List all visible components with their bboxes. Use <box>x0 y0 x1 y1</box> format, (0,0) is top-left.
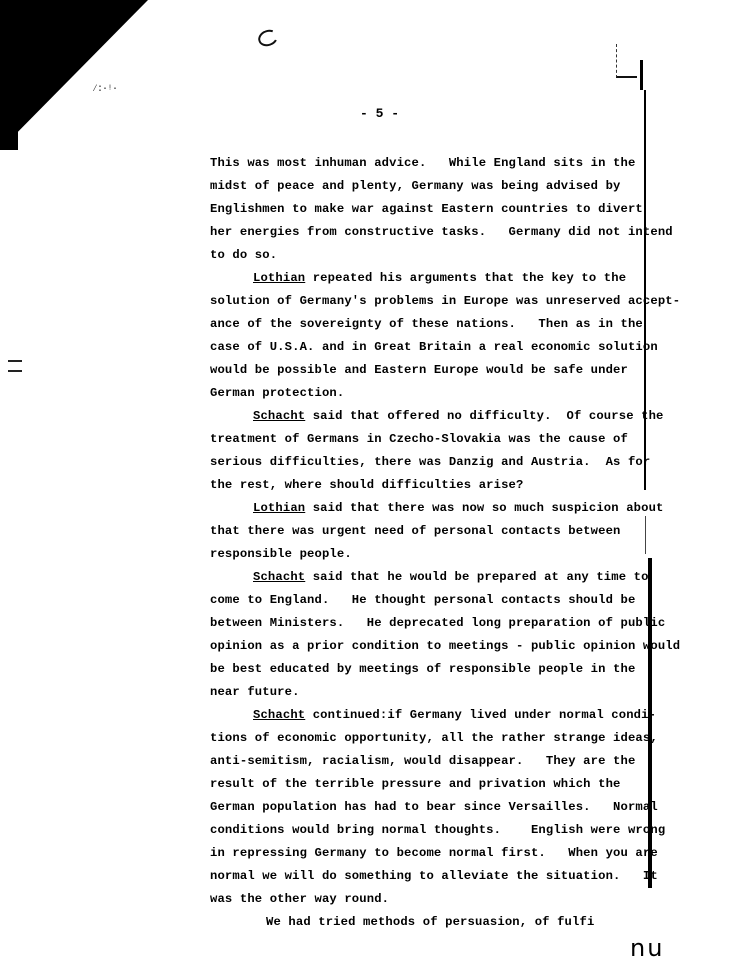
speaker-name: Schacht <box>253 570 305 584</box>
text-span: said that he would be prepared at any ti… <box>305 570 648 584</box>
text-line: normal we will do something to alleviate… <box>210 865 650 888</box>
text-line: her energies from constructive tasks. Ge… <box>210 221 650 244</box>
speaker-name: Schacht <box>253 708 305 722</box>
text-line: Englishmen to make war against Eastern c… <box>210 198 650 221</box>
text-line: German protection. <box>210 382 650 405</box>
text-line: German population has had to bear since … <box>210 796 650 819</box>
speaker-name: Lothian <box>253 501 305 515</box>
document-body: This was most inhuman advice. While Engl… <box>210 152 650 934</box>
paragraph-first-line: Schacht continued:if Germany lived under… <box>210 704 650 727</box>
text-line: to do so. <box>210 244 650 267</box>
staple-mark <box>256 27 280 49</box>
text-span: said that there was now so much suspicio… <box>305 501 663 515</box>
page-number: - 5 - <box>360 106 399 121</box>
margin-bracket <box>616 44 637 78</box>
text-line: opinion as a prior condition to meetings… <box>210 635 650 658</box>
text-line: ance of the sovereignty of these nations… <box>210 313 650 336</box>
paragraph-first-line: Schacht said that offered no difficulty.… <box>210 405 650 428</box>
text-line: conditions would bring normal thoughts. … <box>210 819 650 842</box>
paragraph-first-line: We had tried methods of persuasion, of f… <box>210 911 650 934</box>
text-line: midst of peace and plenty, Germany was b… <box>210 175 650 198</box>
text-line: the rest, where should difficulties aris… <box>210 474 650 497</box>
text-line: in repressing Germany to become normal f… <box>210 842 650 865</box>
text-line: anti-semitism, racialism, would disappea… <box>210 750 650 773</box>
paragraph-first-line: Lothian repeated his arguments that the … <box>210 267 650 290</box>
text-line: result of the terrible pressure and priv… <box>210 773 650 796</box>
speaker-name: Lothian <box>253 271 305 285</box>
text-line: that there was urgent need of personal c… <box>210 520 650 543</box>
text-line: come to England. He thought personal con… <box>210 589 650 612</box>
margin-line-top <box>640 60 643 90</box>
text-line: serious difficulties, there was Danzig a… <box>210 451 650 474</box>
scan-corner-shadow <box>0 0 148 150</box>
text-span: continued:if Germany lived under normal … <box>305 708 656 722</box>
punch-hole-mark <box>8 360 22 372</box>
text-line: would be possible and Eastern Europe wou… <box>210 359 650 382</box>
text-span: said that offered no difficulty. Of cour… <box>305 409 663 423</box>
text-line: tions of economic opportunity, all the r… <box>210 727 650 750</box>
speaker-name: Schacht <box>253 409 305 423</box>
text-span: repeated his arguments that the key to t… <box>305 271 626 285</box>
paragraph-first-line: Lothian said that there was now so much … <box>210 497 650 520</box>
text-line: This was most inhuman advice. While Engl… <box>210 152 650 175</box>
text-line: case of U.S.A. and in Great Britain a re… <box>210 336 650 359</box>
paragraph-first-line: Schacht said that he would be prepared a… <box>210 566 650 589</box>
text-line: treatment of Germans in Czecho-Slovakia … <box>210 428 650 451</box>
text-line: was the other way round. <box>210 888 650 911</box>
handwritten-margin-note: nu <box>630 934 664 962</box>
text-line: be best educated by meetings of responsi… <box>210 658 650 681</box>
text-line: solution of Germany's problems in Europe… <box>210 290 650 313</box>
scan-smudge: ⁄:·ᵎ· <box>92 84 117 95</box>
text-line: responsible people. <box>210 543 650 566</box>
text-line: between Ministers. He deprecated long pr… <box>210 612 650 635</box>
scan-edge-shadow <box>0 0 18 150</box>
text-line: near future. <box>210 681 650 704</box>
